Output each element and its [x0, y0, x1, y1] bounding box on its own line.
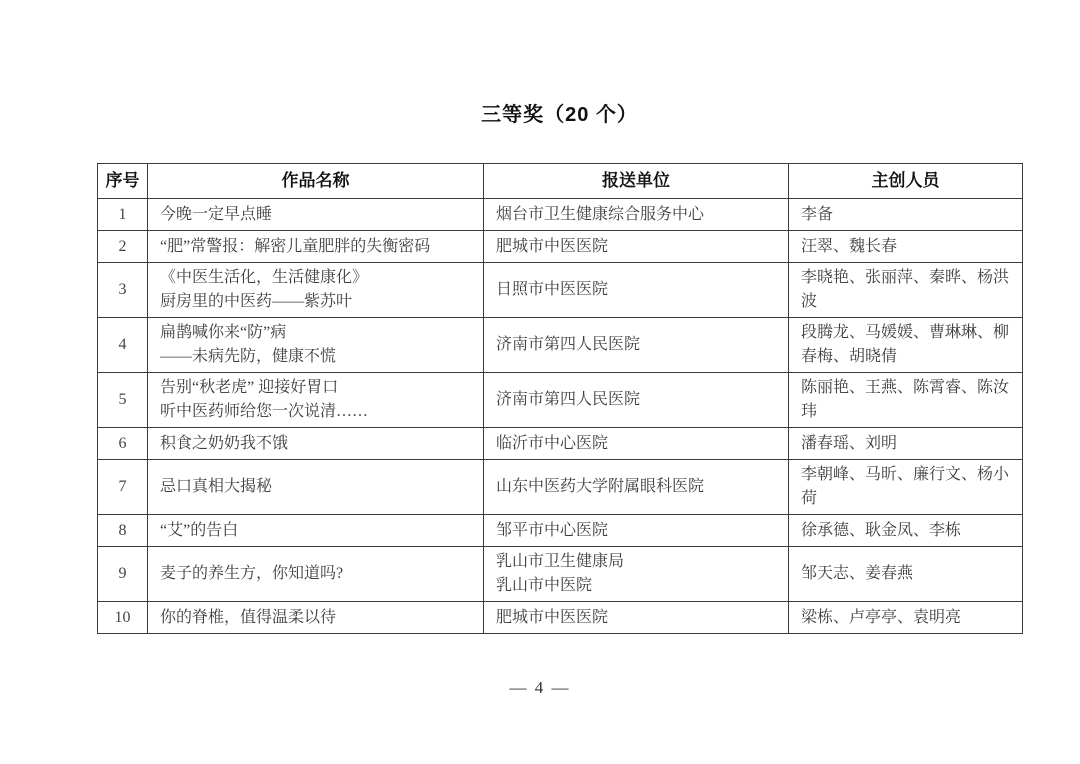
- cell-organization: 山东中医药大学附属眼科医院: [484, 460, 789, 515]
- table-row: 2 “肥”常警报：解密儿童肥胖的失衡密码 肥城市中医医院 汪翠、魏长春: [98, 231, 1023, 263]
- cell-work-title: 扁鹊喊你来“防”病 ——未病先防，健康不慌: [148, 318, 484, 373]
- table-row: 4 扁鹊喊你来“防”病 ——未病先防，健康不慌 济南市第四人民医院 段腾龙、马媛…: [98, 318, 1023, 373]
- cell-organization: 肥城市中医医院: [484, 602, 789, 634]
- cell-work-title: 《中医生活化，生活健康化》 厨房里的中医药——紫苏叶: [148, 263, 484, 318]
- cell-work-title: 积食之奶奶我不饿: [148, 428, 484, 460]
- cell-serial: 5: [98, 373, 148, 428]
- cell-creators: 李晓艳、张丽萍、秦晔、杨洪波: [789, 263, 1023, 318]
- cell-creators: 段腾龙、马媛媛、曹琳琳、柳春梅、胡晓倩: [789, 318, 1023, 373]
- table-row: 3 《中医生活化，生活健康化》 厨房里的中医药——紫苏叶 日照市中医医院 李晓艳…: [98, 263, 1023, 318]
- cell-serial: 1: [98, 199, 148, 231]
- cell-serial: 6: [98, 428, 148, 460]
- cell-organization: 烟台市卫生健康综合服务中心: [484, 199, 789, 231]
- award-table: 序号 作品名称 报送单位 主创人员 1 今晚一定早点睡 烟台市卫生健康综合服务中…: [97, 163, 1023, 634]
- table-row: 8 “艾”的告白 邹平市中心医院 徐承德、耿金凤、李栋: [98, 515, 1023, 547]
- cell-organization: 济南市第四人民医院: [484, 318, 789, 373]
- cell-organization: 乳山市卫生健康局 乳山市中医院: [484, 547, 789, 602]
- table-row: 6 积食之奶奶我不饿 临沂市中心医院 潘春瑶、刘明: [98, 428, 1023, 460]
- cell-serial: 2: [98, 231, 148, 263]
- cell-organization: 临沂市中心医院: [484, 428, 789, 460]
- cell-creators: 李备: [789, 199, 1023, 231]
- page-number: — 4 —: [0, 678, 1080, 698]
- table-row: 1 今晚一定早点睡 烟台市卫生健康综合服务中心 李备: [98, 199, 1023, 231]
- cell-serial: 3: [98, 263, 148, 318]
- table-row: 7 忌口真相大揭秘 山东中医药大学附属眼科医院 李朝峰、马昕、廉行文、杨小荷: [98, 460, 1023, 515]
- cell-organization: 肥城市中医医院: [484, 231, 789, 263]
- page-title: 三等奖（20 个）: [97, 98, 1022, 127]
- cell-work-title: “艾”的告白: [148, 515, 484, 547]
- cell-organization: 济南市第四人民医院: [484, 373, 789, 428]
- table-header-row: 序号 作品名称 报送单位 主创人员: [98, 164, 1023, 199]
- header-serial: 序号: [98, 164, 148, 199]
- cell-creators: 汪翠、魏长春: [789, 231, 1023, 263]
- document-page: 三等奖（20 个） 序号 作品名称 报送单位 主创人员 1 今晚一定早点睡 烟台…: [0, 0, 1080, 764]
- cell-work-title: 忌口真相大揭秘: [148, 460, 484, 515]
- cell-organization: 日照市中医医院: [484, 263, 789, 318]
- cell-serial: 9: [98, 547, 148, 602]
- header-creators: 主创人员: [789, 164, 1023, 199]
- cell-work-title: “肥”常警报：解密儿童肥胖的失衡密码: [148, 231, 484, 263]
- cell-serial: 4: [98, 318, 148, 373]
- cell-organization: 邹平市中心医院: [484, 515, 789, 547]
- header-work-title: 作品名称: [148, 164, 484, 199]
- cell-creators: 李朝峰、马昕、廉行文、杨小荷: [789, 460, 1023, 515]
- cell-serial: 7: [98, 460, 148, 515]
- cell-serial: 10: [98, 602, 148, 634]
- table-row: 9 麦子的养生方，你知道吗? 乳山市卫生健康局 乳山市中医院 邹天志、姜春燕: [98, 547, 1023, 602]
- cell-serial: 8: [98, 515, 148, 547]
- cell-creators: 梁栋、卢亭亭、袁明亮: [789, 602, 1023, 634]
- cell-creators: 邹天志、姜春燕: [789, 547, 1023, 602]
- cell-work-title: 你的脊椎，值得温柔以待: [148, 602, 484, 634]
- cell-creators: 陈丽艳、王燕、陈霄睿、陈汝玮: [789, 373, 1023, 428]
- cell-creators: 徐承德、耿金凤、李栋: [789, 515, 1023, 547]
- cell-work-title: 今晚一定早点睡: [148, 199, 484, 231]
- cell-work-title: 麦子的养生方，你知道吗?: [148, 547, 484, 602]
- header-organization: 报送单位: [484, 164, 789, 199]
- table-row: 5 告别“秋老虎” 迎接好胃口 听中医药师给您一次说清…… 济南市第四人民医院 …: [98, 373, 1023, 428]
- cell-work-title: 告别“秋老虎” 迎接好胃口 听中医药师给您一次说清……: [148, 373, 484, 428]
- table-row: 10 你的脊椎，值得温柔以待 肥城市中医医院 梁栋、卢亭亭、袁明亮: [98, 602, 1023, 634]
- cell-creators: 潘春瑶、刘明: [789, 428, 1023, 460]
